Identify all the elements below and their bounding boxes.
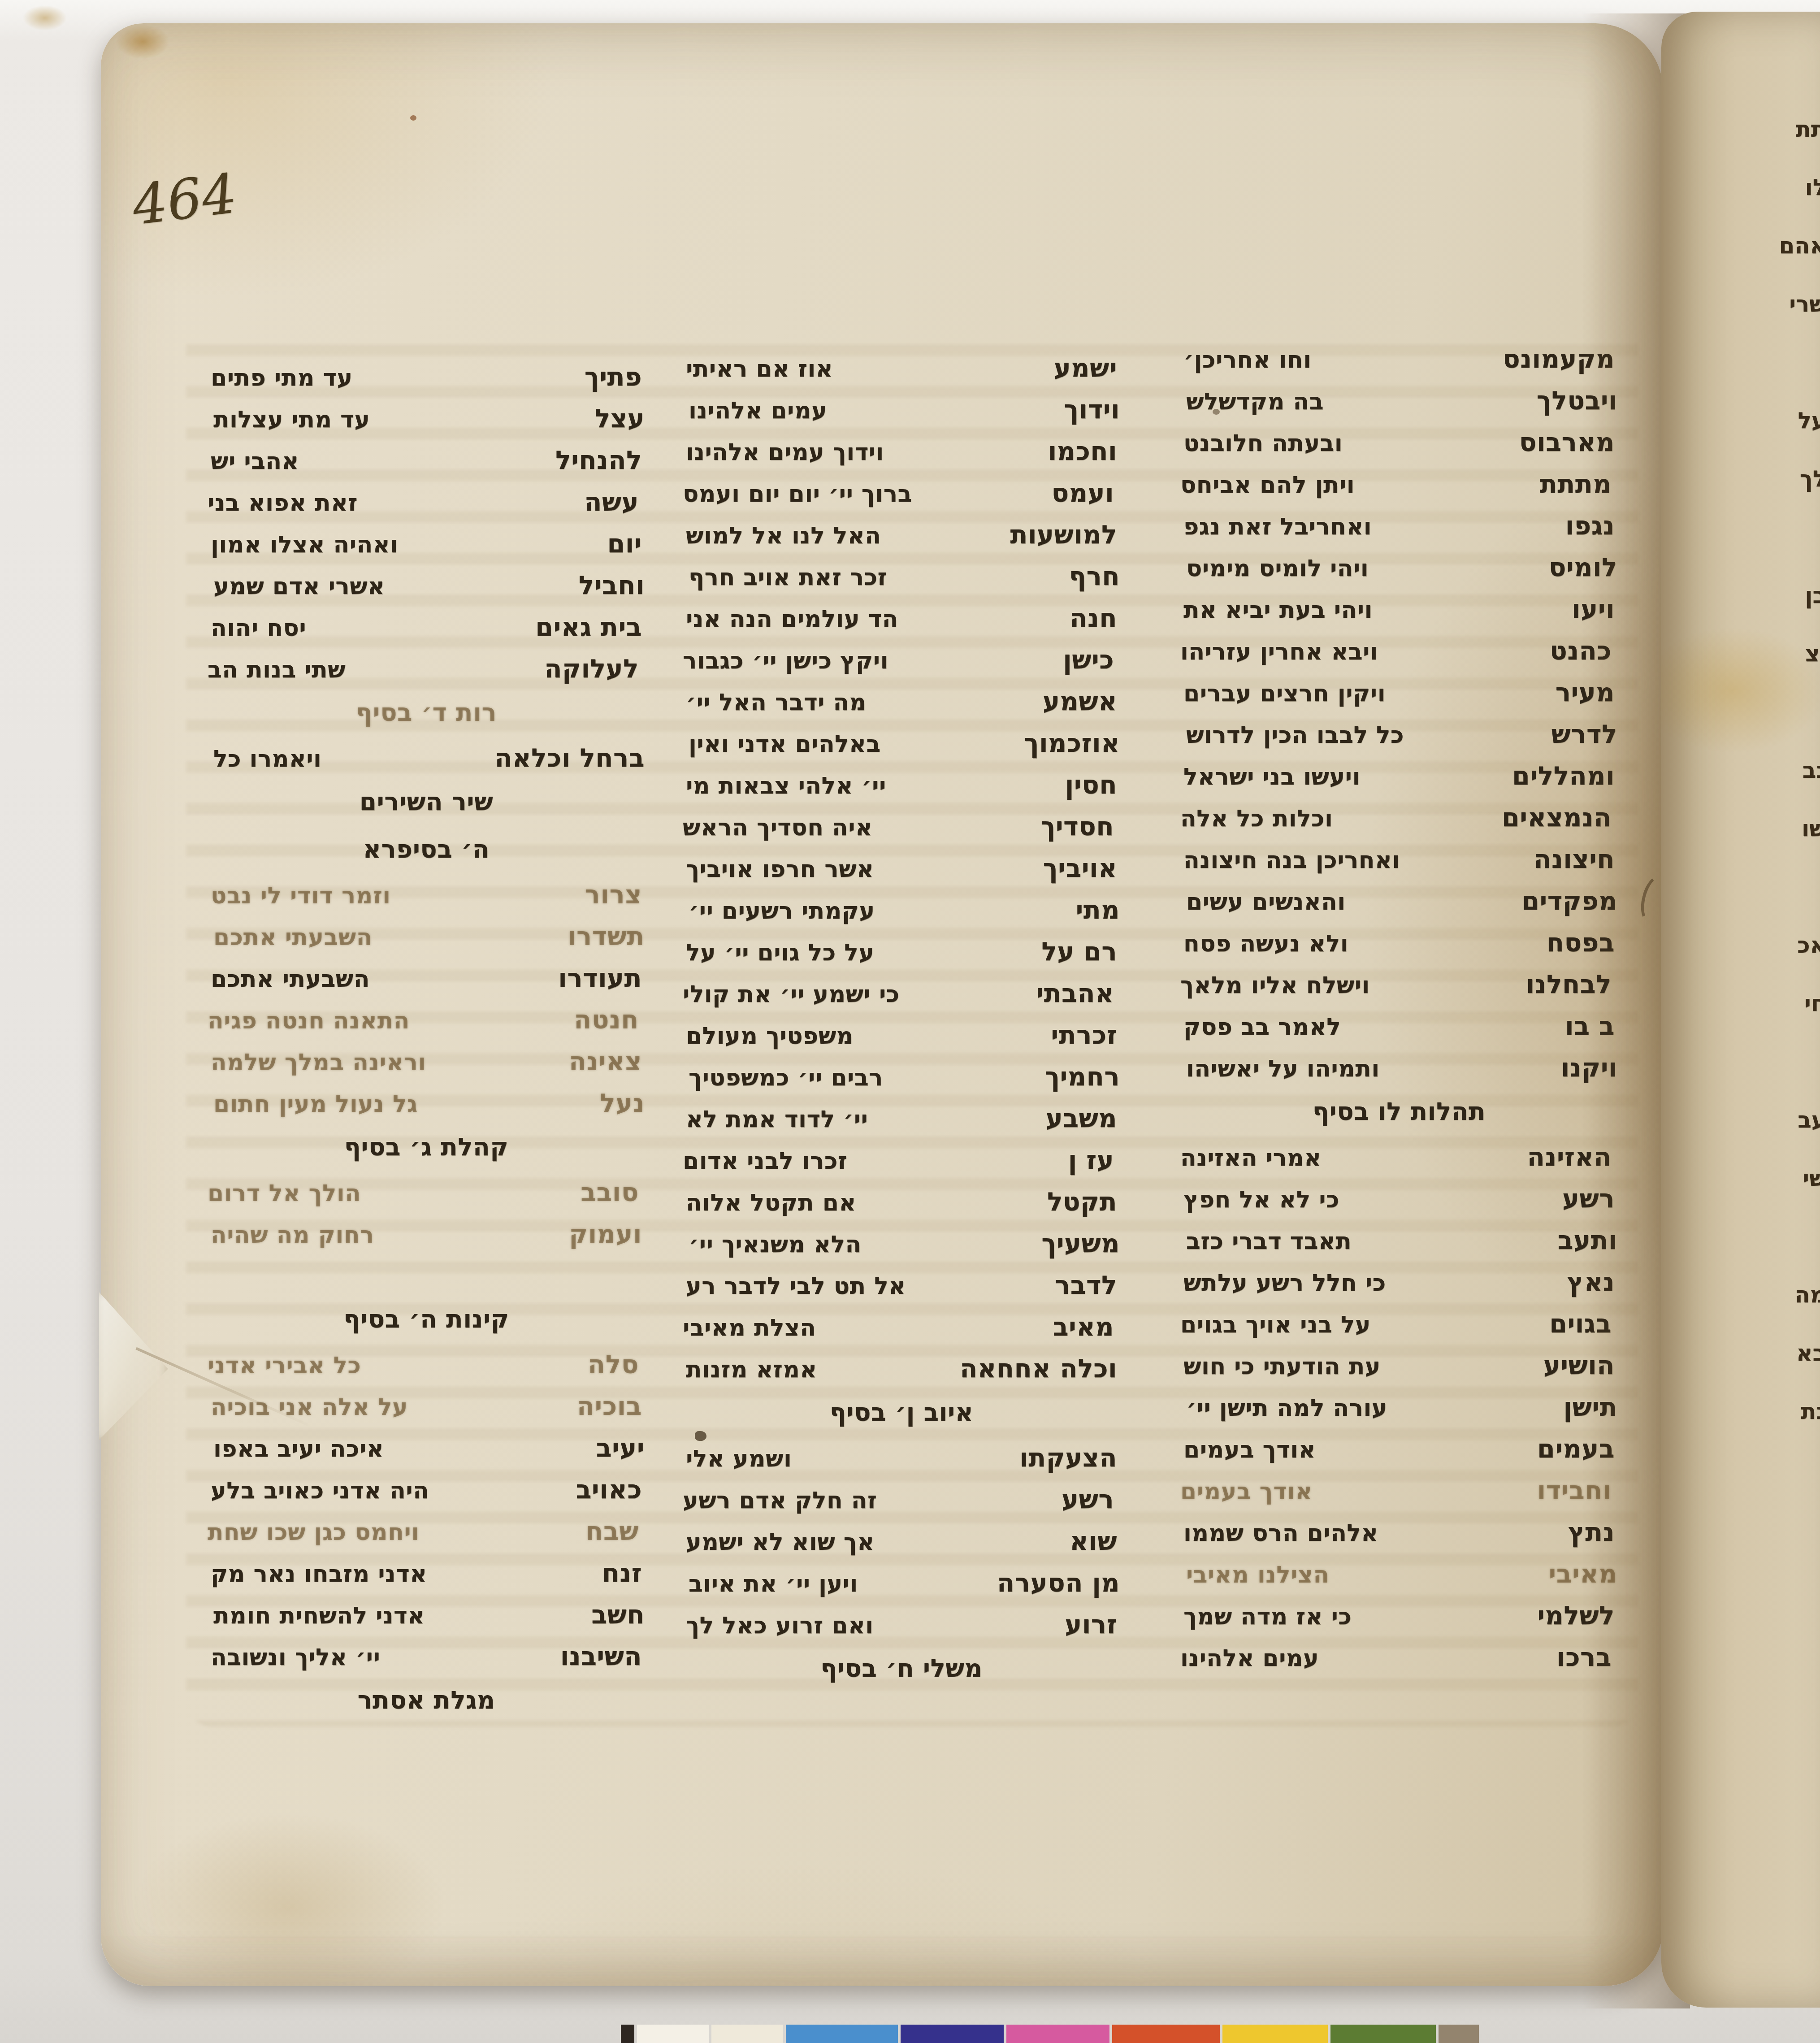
cutoff-text-fragment (1773, 1044, 1820, 1080)
catchword: אוזכמוך (1024, 729, 1120, 758)
verse-phrase: האל לנו אל למוש (686, 522, 881, 549)
verse-phrase: אוז אם ראיתי (686, 356, 833, 382)
entry-row: שואאך שוא לא ישמע (686, 1527, 1117, 1568)
catchword: סלה (588, 1350, 639, 1379)
catchword: רחמיך (1045, 1062, 1120, 1092)
section-heading: קינות ה׳ בסיף (211, 1302, 642, 1350)
entry-row: רם עלעל כל גוים יי׳ על (686, 937, 1117, 979)
verse-phrase: רחוק מה שהיה (211, 1222, 374, 1249)
cutoff-text-fragment: על (1773, 403, 1820, 438)
entry-row: יוםואהיה אצלו אמון (211, 529, 642, 571)
manuscript-page: 464 מקעמונסוחו אחריכן׳ויבטלךבה מקדשלשמאר… (101, 23, 1663, 1986)
cutoff-text-fragment: חי (1773, 985, 1820, 1021)
catchword: וחכמו (1048, 437, 1117, 466)
catchword: ועמס (1051, 478, 1114, 508)
cutoff-text-fragment: נב (1773, 752, 1820, 788)
catchword: שבח (585, 1517, 639, 1546)
catchword: בית גאים (535, 612, 642, 642)
verse-phrase: ברוך יי׳ יום יום ועמס (683, 481, 912, 507)
color-swatch-red-orange (1112, 2025, 1220, 2043)
verse-phrase: יי׳ אליך ונשובה (211, 1644, 380, 1671)
verse-phrase: מה ידבר האל יי׳ (686, 689, 867, 716)
verse-phrase: תאבד דברי כזב (1186, 1228, 1352, 1255)
entry-row: רחמיךרבים יי׳ כמשפטיך (689, 1062, 1120, 1104)
catchword: למושעות (1010, 520, 1118, 550)
catchword: משבע (1046, 1104, 1117, 1133)
entry-row: מקעמונסוחו אחריכן׳ (1183, 344, 1615, 386)
catchword: נעל (600, 1089, 645, 1118)
entry-row: בעמיםאודך בעמים (1183, 1434, 1615, 1476)
entry-row: וכלה אחחאהאמזא מזנות (686, 1354, 1117, 1396)
entry-row: ברכועמים אלהינו (1180, 1643, 1612, 1684)
color-swatch-magenta (1006, 2025, 1109, 2043)
entry-row: נתץאלהים הרס שממו (1183, 1518, 1615, 1559)
entry-row: חיצונהואחריכן בנה חיצונה (1183, 845, 1615, 886)
cutoff-text-fragment: שי (1773, 1160, 1820, 1196)
entry-row: לדרשכל לבבו הכין לדרוש (1186, 720, 1617, 761)
section-heading: תהלות לו בסיף (1183, 1095, 1615, 1142)
verse-phrase: וישלח אליו מלאך (1180, 972, 1370, 999)
entry-row: תקטלאם תקטל אלוה (686, 1187, 1117, 1229)
entry-row: צרורוזמר דודי לי נבט (211, 880, 642, 922)
verse-phrase: על בני אויך בגוים (1180, 1311, 1371, 1338)
cutoff-text-fragment (1773, 1452, 1820, 1488)
section-heading: רות ד׳ בסיף (211, 696, 642, 743)
cutoff-text-fragment: לו (1773, 169, 1820, 205)
catchword: כישן (1063, 645, 1114, 675)
catchword: שוא (1070, 1527, 1117, 1556)
verse-phrase: אהבי יש (211, 448, 299, 475)
entry-row: להנחילאהבי יש (211, 446, 642, 487)
catchword: הצעקתו (1019, 1443, 1117, 1473)
verse-phrase: עורה למה תישן יי׳ (1186, 1395, 1387, 1422)
verse-phrase: לאמר בב פסק (1183, 1014, 1341, 1041)
verse-phrase: עת הודעתי כי חוש (1183, 1353, 1381, 1380)
manuscript-photo: 464 מקעמונסוחו אחריכן׳ויבטלךבה מקדשלשמאר… (0, 0, 1820, 2043)
blank-line (211, 1261, 642, 1302)
catchword: סובב (581, 1178, 639, 1207)
catchword: עז ן (1068, 1145, 1114, 1175)
entry-row: נעלגל נעול מעין חתום (213, 1089, 645, 1130)
verse-phrase: עד מתי פתים (211, 364, 353, 391)
verse-phrase: עמים אלהינו (1180, 1645, 1319, 1672)
verse-phrase: יי׳ לדוד אמת לא (686, 1106, 868, 1133)
catchword: וידוך (1064, 395, 1120, 425)
entry-row: ועמוקרחוק מה שהיה (211, 1219, 642, 1261)
verse-phrase: משפטיך מעולם (686, 1023, 854, 1050)
catchword: עצל (595, 404, 645, 434)
catchword: מאיב (1053, 1312, 1114, 1342)
verse-phrase: ולא נעשה פסח (1183, 930, 1348, 957)
entry-row: חסדיךאיה חסדיך הראש (683, 812, 1114, 854)
entry-row: רשעזה חלק אדם רשע (683, 1485, 1114, 1527)
catchword: משעיך (1041, 1229, 1120, 1258)
entry-row: כישןויקץ כישן יי׳ כגבור (683, 645, 1114, 687)
color-swatch-navy (901, 2025, 1004, 2043)
verse-phrase: אשר חרפו אויביך (686, 856, 874, 883)
folio-number: 464 (129, 161, 240, 237)
entry-row: לומיסויהי לומיס מימיס (1186, 553, 1617, 594)
entry-row: אשמעמה ידבר האל יי׳ (686, 687, 1117, 729)
section-heading: משלי ח׳ בסיף (686, 1652, 1117, 1699)
catchword: חרף (1069, 562, 1120, 591)
verse-phrase: השבעתי אתכם (211, 966, 370, 993)
verse-phrase: אך שוא לא ישמע (686, 1529, 875, 1556)
cutoff-text-fragment: שרי (1773, 286, 1820, 322)
entry-row: רשעכי לא אל חפץ (1183, 1184, 1615, 1226)
entry-row: מפקדיםוהאנשים עשים (1186, 886, 1617, 928)
verse-phrase: ויעשו בני ישראל (1183, 763, 1361, 790)
cutoff-text-fragment: תת (1773, 111, 1820, 147)
verse-phrase: זכר זאת אויב חרף (689, 564, 887, 591)
cutoff-text-fragment (1773, 694, 1820, 730)
entry-row: צאינהוראינה במלך שלמה (211, 1047, 642, 1089)
verse-phrase: כי אז מדה שמך (1183, 1603, 1352, 1630)
entry-row: חנההד עולמים הנה אני (686, 603, 1117, 645)
verse-phrase: כי חלל רשע עלתש (1183, 1270, 1386, 1297)
catchword: חנה (1070, 603, 1117, 633)
catchword: אשמע (1043, 687, 1117, 716)
catchword: תעודרו (558, 963, 642, 993)
entry-row: בגויםעל בני אויך בגוים (1180, 1309, 1612, 1351)
cutoff-text-fragment: מה (1773, 1277, 1820, 1313)
entry-row: זנחאדני מזבחו נאר מק (211, 1558, 642, 1600)
entry-row: מתיעקמתי רשעים יי׳ (689, 895, 1120, 937)
entry-row: מארבוסובעתה חלובנט (1183, 428, 1615, 469)
facing-page-fragments: תתלואהםשריעללךבןיצנבשואכחיעבשימהבאנת (1773, 111, 1820, 1488)
verse-phrase: ותמיהו על יאשיהו (1186, 1055, 1380, 1082)
verse-phrase: באלהים אדני ואין (689, 731, 881, 758)
verse-phrase: עקמתי רשעים יי׳ (689, 898, 875, 924)
verse-phrase: ואחריבל זאת נגפ (1183, 513, 1372, 540)
entry-row: בית גאיםיסח יהוה (211, 612, 642, 654)
verse-phrase: וידוך עמים אלהינו (686, 439, 884, 466)
catchword: השיבנו (560, 1642, 642, 1671)
verse-phrase: וראינה במלך שלמה (211, 1049, 426, 1076)
cutoff-text-fragment: יצ (1773, 636, 1820, 672)
entry-row: תעודרוהשבעתי אתכם (211, 963, 642, 1005)
cutoff-text-fragment: בן (1773, 577, 1820, 613)
color-swatch-cream (711, 2025, 783, 2043)
entry-row: הנמצאיםוכלות כל אלה (1180, 803, 1612, 845)
verse-phrase: אל תט לבי לדבר רע (686, 1273, 906, 1300)
entry-row: ב בולאמר בב פסק (1183, 1011, 1615, 1053)
catchword: ישמע (1054, 353, 1117, 383)
verse-phrase: אלהים הרס שממו (1183, 1520, 1378, 1547)
verse-phrase: ואהיה אצלו אמון (211, 531, 398, 558)
color-swatch-blue (786, 2025, 898, 2043)
ink-speck (410, 115, 416, 121)
cutoff-text-fragment (1773, 344, 1820, 380)
entry-row: וידוךעמים אלהינו (689, 395, 1120, 437)
catchword: חסדיך (1040, 812, 1114, 841)
facing-page-edge: תתלואהםשריעללךבןיצנבשואכחיעבשימהבאנת (1661, 12, 1820, 2008)
verse-phrase: עמים אלהינו (689, 397, 827, 424)
entry-row: האזינהאמרי האזינה (1180, 1142, 1612, 1184)
cutoff-text-fragment (1773, 869, 1820, 905)
catchword: מתי (1076, 895, 1120, 925)
verse-phrase: התאנה חנטה פגיה (208, 1007, 410, 1034)
entry-row: עז ןזכרו לבני אדום (683, 1145, 1114, 1187)
verse-phrase: רבים יי׳ כמשפטיך (689, 1064, 883, 1091)
verse-phrase: ויהי לומיס מימיס (1186, 555, 1369, 582)
entry-row: ישמעאוז אם ראיתי (686, 353, 1117, 395)
cutoff-text-fragment (1773, 519, 1820, 555)
verse-phrase: אשרי אדם שמע (213, 573, 385, 600)
catchword: רם על (1041, 937, 1117, 967)
section-heading: שיר השירים (211, 785, 642, 833)
entry-row: לבחלנווישלח אליו מלאך (1180, 970, 1612, 1011)
entry-row: השיבנויי׳ אליך ונשובה (211, 1642, 642, 1683)
verse-phrase: כל אבירי אדני (208, 1352, 361, 1379)
entry-row: סובבהולך אל דרום (208, 1178, 639, 1219)
entry-row: חשבאדני להשחית חומת (213, 1600, 645, 1642)
verse-phrase: ואם זרוע כאל לך (686, 1612, 874, 1639)
verse-phrase: ויאמרו כל (213, 746, 321, 772)
verse-phrase: ואחריכן בנה חיצונה (1183, 847, 1400, 874)
catchword: צרור (585, 880, 642, 910)
entry-row: תשדרוהשבעתי אתכם (213, 922, 645, 963)
entry-row: יעיבאיכה יעיב באפו (213, 1433, 645, 1475)
entry-row: ויקנוותמיהו על יאשיהו (1186, 1053, 1617, 1095)
verse-phrase: וזמר דודי לי נבט (211, 882, 391, 909)
entry-row: למושעותהאל לנו אל למוש (686, 520, 1117, 562)
catchword: יעיב (596, 1433, 645, 1463)
parchment-fold (99, 1292, 171, 1440)
verse-phrase: אודך בעמים (1180, 1478, 1313, 1505)
entry-row: תישןעורה למה תישן יי׳ (1186, 1392, 1617, 1434)
section-heading: איוב ן׳ בסיף (686, 1396, 1117, 1443)
verse-phrase: אדני להשחית חומת (213, 1602, 425, 1629)
verse-phrase: וחו אחריכן׳ (1183, 347, 1312, 373)
verse-phrase: הצלת מאיבי (683, 1314, 816, 1341)
verse-phrase: כי לא אל חפץ (1183, 1186, 1339, 1213)
entry-row: ויבטלךבה מקדשלש (1186, 386, 1617, 428)
verse-phrase: היה אדני כאויב בלע (211, 1477, 429, 1504)
catchword: כאויב (576, 1475, 642, 1505)
catchword: חנטה (574, 1005, 639, 1035)
catchword: ועמוק (569, 1219, 642, 1249)
verse-phrase: הצילנו מאיבי (1186, 1562, 1330, 1588)
catchword: עשה (584, 487, 639, 517)
verse-phrase: יסח יהוה (211, 615, 306, 642)
entry-row: וחבילאשרי אדם שמע (213, 571, 645, 612)
entry-row: לעלוקהשתי בנות הב (208, 654, 639, 696)
entry-row: ועמסברוך יי׳ יום יום ועמס (683, 478, 1114, 520)
entry-row: ותעבתאבד דברי כזב (1186, 1226, 1617, 1267)
cutoff-text-fragment (1773, 1219, 1820, 1254)
catchword: רשע (1062, 1485, 1114, 1514)
verse-phrase: על אלה אני בוכיה (211, 1394, 408, 1421)
catchword: בוכיה (577, 1392, 642, 1421)
entry-row: וחכמווידוך עמים אלהינו (686, 437, 1117, 478)
catchword: תקטל (1047, 1187, 1117, 1217)
verse-phrase: כי ישמע יי׳ את קולי (683, 981, 900, 1008)
catchword: זנח (602, 1558, 642, 1588)
catchword: ברחל וכלאה (494, 743, 645, 773)
verse-phrase: זה חלק אדם רשע (683, 1487, 877, 1514)
catchword: וחביל (579, 571, 645, 600)
entry-row: פתיךעד מתי פתים (211, 362, 642, 404)
entry-row: משבעיי׳ לדוד אמת לא (686, 1104, 1117, 1145)
cutoff-text-fragment: שו (1773, 811, 1820, 846)
color-calibration-bar (621, 2025, 1479, 2043)
entry-row: זרועואם זרוע כאל לך (686, 1610, 1117, 1652)
cutoff-text-fragment: אכ (1773, 927, 1820, 963)
entry-row: נגפוואחריבל זאת נגפ (1183, 511, 1615, 553)
catchword: זכרתי (1051, 1020, 1117, 1050)
text-column-right: מקעמונסוחו אחריכן׳ויבטלךבה מקדשלשמארבוסו… (1183, 344, 1615, 1684)
catchword: צאינה (569, 1047, 642, 1076)
verse-phrase: ובעתה חלובנט (1183, 430, 1343, 457)
verse-phrase: אודך בעמים (1183, 1436, 1316, 1463)
entry-row: ומהלליםויעשו בני ישראל (1183, 761, 1615, 803)
cutoff-text-fragment: לך (1773, 461, 1820, 497)
entry-row: ויעוויהי בעת יביא את (1183, 594, 1615, 636)
verse-phrase: שתי בנות הב (208, 656, 346, 683)
entry-row: זכרתימשפטיך מעולם (686, 1020, 1117, 1062)
cutoff-text-fragment: בא (1773, 1335, 1820, 1371)
verse-phrase: ויהי בעת יביא את (1183, 597, 1373, 624)
entry-row: חרףזכר זאת אויב חרף (689, 562, 1120, 603)
verse-phrase: הלא משנאיך יי׳ (689, 1231, 862, 1258)
verse-phrase: עד מתי עצלות (213, 406, 370, 433)
color-swatch-white (637, 2025, 709, 2043)
catchword: אהבתי (1036, 979, 1114, 1008)
verse-phrase: ויען יי׳ את איוב (689, 1570, 858, 1597)
entry-row: ברחל וכלאהויאמרו כל (213, 743, 645, 785)
verse-phrase: בה מקדשלש (1186, 388, 1324, 415)
entry-row: חסיןיי׳ אלהי צבאות מי (686, 770, 1117, 812)
verse-phrase: אמזא מזנות (686, 1356, 817, 1383)
entry-row: הצעקתוושמע אלי (686, 1443, 1117, 1485)
verse-phrase: גל נעול מעין חתום (213, 1091, 418, 1118)
verse-phrase: ויקץ כישן יי׳ כגבור (683, 647, 888, 674)
verse-phrase: ושמע אלי (686, 1445, 792, 1472)
catchword: להנחיל (555, 446, 642, 475)
entry-row: מאיביהצילנו מאיבי (1186, 1559, 1617, 1601)
catchword: תשדרו (568, 922, 645, 951)
entry-row: מתתתויתן להם אביחס (1180, 469, 1612, 511)
entry-row: וחבידואודך בעמים (1180, 1476, 1612, 1518)
entry-row: לשלמיכי אז מדה שמך (1183, 1601, 1615, 1643)
text-column-left: פתיךעד מתי פתיםעצלעד מתי עצלותלהנחילאהבי… (211, 362, 642, 1731)
entry-row: סלהכל אבירי אדני (208, 1350, 639, 1392)
verse-phrase: ויחמס כגן שכו שחת (208, 1519, 420, 1546)
entry-row: כהנטויבא אחרין עזריהו (1180, 636, 1612, 678)
catchword: חסין (1065, 770, 1117, 800)
catchword: פתיך (585, 362, 642, 392)
section-heading: ה׳ בסיפרא (211, 833, 642, 880)
entry-row: הושיעעת הודעתי כי חוש (1183, 1351, 1615, 1392)
verse-phrase: וכלות כל אלה (1180, 805, 1333, 832)
verse-phrase: ויתן להם אביחס (1180, 472, 1355, 499)
entry-row: אהבתיכי ישמע יי׳ את קולי (683, 979, 1114, 1020)
stain (13, 0, 76, 36)
color-swatch-taupe (1439, 2025, 1479, 2043)
section-heading: מגלת אסתר (211, 1683, 642, 1731)
verse-phrase: אדני מזבחו נאר מק (211, 1561, 427, 1588)
catchword: יום (607, 529, 642, 559)
catchword: זרוע (1065, 1610, 1117, 1640)
entry-row: עשהזאת אפוא בני (208, 487, 639, 529)
entry-row: שבחויחמס כגן שכו שחת (208, 1517, 639, 1558)
entry-row: בוכיהעל אלה אני בוכיה (211, 1392, 642, 1433)
color-swatch-yellow (1222, 2025, 1328, 2043)
entry-row: עצלעד מתי עצלות (213, 404, 645, 446)
verse-phrase: אם תקטל אלוה (686, 1189, 856, 1216)
verse-phrase: יי׳ אלהי צבאות מי (686, 772, 886, 799)
text-column-middle: ישמעאוז אם ראיתיוידוךעמים אלהינווחכמוויד… (686, 353, 1117, 1699)
verse-phrase: ויקין חרצים עברים (1183, 680, 1386, 707)
entry-row: נאץכי חלל רשע עלתש (1183, 1267, 1615, 1309)
catchword: לעלוקה (544, 654, 639, 684)
entry-row: לדבראל תט לבי לדבר רע (686, 1271, 1117, 1312)
entry-row: אויביךאשר חרפו אויביך (686, 854, 1117, 895)
verse-phrase: והאנשים עשים (1186, 889, 1346, 915)
entry-row: חנטההתאנה חנטה פגיה (208, 1005, 639, 1047)
entry-row: כאויבהיה אדני כאויב בלע (211, 1475, 642, 1517)
catchword: לדבר (1055, 1271, 1117, 1300)
verse-phrase: השבעתי אתכם (213, 924, 373, 951)
verse-phrase: ויבא אחרין עזריהו (1180, 638, 1378, 665)
verse-phrase: זאת אפוא בני (208, 490, 358, 516)
verse-phrase: איה חסדיך הראש (683, 814, 872, 841)
color-swatch-green (1330, 2025, 1436, 2043)
verse-phrase: איכה יעיב באפו (213, 1436, 384, 1462)
entry-row: מן הסערהויען יי׳ את איוב (689, 1568, 1120, 1610)
cutoff-text-fragment: נת (1773, 1393, 1820, 1429)
verse-phrase: על כל גוים יי׳ על (686, 939, 874, 966)
stain (104, 17, 181, 66)
cutoff-text-fragment: עב (1773, 1102, 1820, 1138)
catchword: אויביך (1043, 854, 1117, 883)
verse-phrase: הולך אל דרום (208, 1180, 361, 1207)
entry-row: מאיבהצלת מאיבי (683, 1312, 1114, 1354)
entry-row: מעירויקין חרצים עברים (1183, 678, 1615, 720)
verse-phrase: הד עולמים הנה אני (686, 606, 898, 633)
catchword: וכלה אחחאה (960, 1354, 1117, 1384)
entry-row: אוזכמוךבאלהים אדני ואין (689, 729, 1120, 770)
verse-phrase: זכרו לבני אדום (683, 1148, 847, 1175)
verse-phrase: אמרי האזינה (1180, 1145, 1322, 1171)
catchword: מן הסערה (997, 1568, 1120, 1598)
cutoff-text-fragment: אהם (1773, 228, 1820, 264)
entry-row: בפסחולא נעשה פסח (1183, 928, 1615, 970)
color-swatch-black (621, 2025, 634, 2043)
entry-row: משעיךהלא משנאיך יי׳ (689, 1229, 1120, 1271)
catchword: חשב (591, 1600, 645, 1630)
section-heading: קהלת ג׳ בסיף (211, 1130, 642, 1178)
verse-phrase: כל לבבו הכין לדרוש (1186, 722, 1404, 749)
